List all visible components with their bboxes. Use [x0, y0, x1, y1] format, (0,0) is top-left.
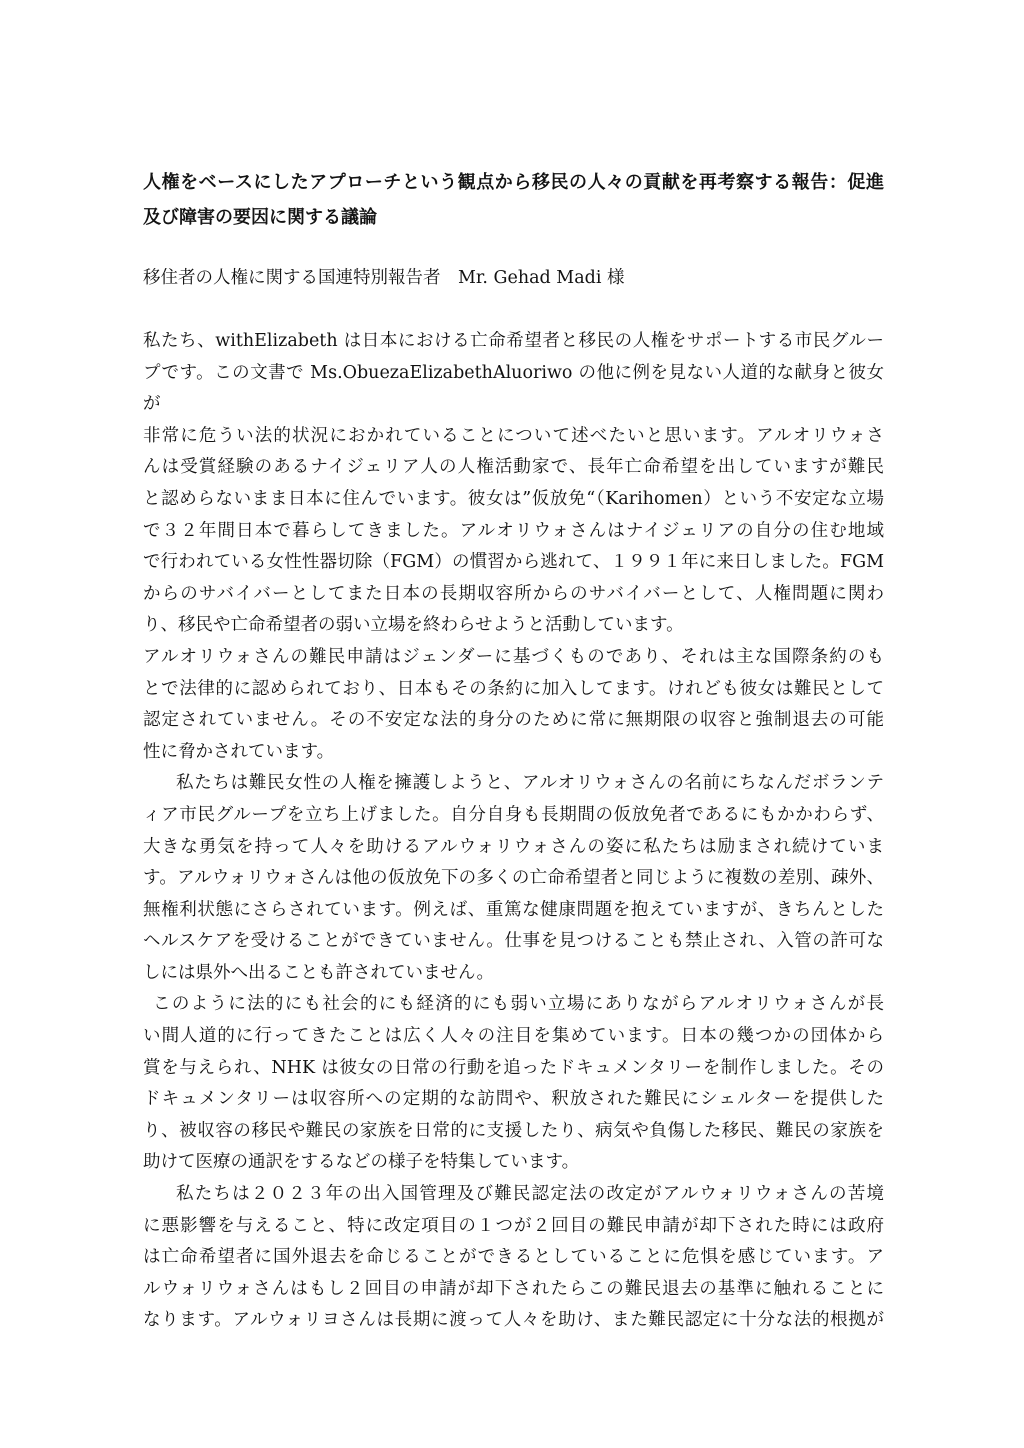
- body-text-line: い間人道的に行ってきたことは広く人々の注目を集めています。日本の幾つかの団体から: [143, 1021, 884, 1053]
- body-text-line: で３２年間日本で暮らしてきました。アルオリウォさんはナイジェリアの自分の住む地域: [143, 516, 884, 548]
- recipient-line: 移住者の人権に関する国連特別報告者 Mr. Gehad Madi 様: [143, 263, 884, 293]
- body-text-line: と認めらないまま日本に住んでいます。彼女は”仮放免“（Karihomen）という…: [143, 484, 884, 516]
- body-text-line: す。アルウォリウォさんは他の仮放免下の多くの亡命希望者と同じように複数の差別、疎…: [143, 863, 884, 895]
- body-text-line: ルウォリウォさんはもし２回目の申請が却下されたらこの難民退去の基準に触れることに: [143, 1274, 884, 1306]
- body-text-line: り、移民や亡命希望者の弱い立場を終わらせようと活動しています。: [143, 610, 884, 642]
- body-text-line: り、被収容の移民や難民の家族を日常的に支援したり、病気や負傷した移民、難民の家族…: [143, 1116, 884, 1148]
- body-text-line: プです。この文書で Ms.ObuezaElizabethAluoriwo の他に…: [143, 358, 884, 421]
- document-body: 私たち、withElizabeth は日本における亡命希望者と移民の人権をサポー…: [143, 326, 884, 1337]
- body-text-line: 性に脅かされています。: [143, 737, 884, 769]
- body-text-line: 非常に危うい法的状況におかれていることについて述べたいと思います。アルオリウォさ: [143, 421, 884, 453]
- document-title-line: 人権をベースにしたアプローチという観点から移民の人々の貢献を再考察する報告：促進: [143, 165, 884, 200]
- body-text-line: 認定されていません。その不安定な法的身分のために常に無期限の収容と強制退去の可能: [143, 705, 884, 737]
- body-text-line: 大きな勇気を持って人々を助けるアルウォリウォさんの姿に私たちは励まされ続けていま: [143, 832, 884, 864]
- body-text-line: 無権利状態にさらされています。例えば、重篤な健康問題を抱えていますが、きちんとし…: [143, 895, 884, 927]
- body-text-line: 賞を与えられ、NHK は彼女の日常の行動を追ったドキュメンタリーを制作しました。…: [143, 1053, 884, 1085]
- body-text-line: このように法的にも社会的にも経済的にも弱い立場にありながらアルオリウォさんが長: [143, 989, 884, 1021]
- body-text-line: に悪影響を与えること、特に改定項目の１つが２回目の難民申請が却下された時には政府: [143, 1211, 884, 1243]
- body-text-line: 私たち、withElizabeth は日本における亡命希望者と移民の人権をサポー…: [143, 326, 884, 358]
- body-text-line: ドキュメンタリーは収容所への定期的な訪問や、釈放された難民にシェルターを提供した: [143, 1084, 884, 1116]
- body-text-line: アルオリウォさんの難民申請はジェンダーに基づくものであり、それは主な国際条約のも: [143, 642, 884, 674]
- body-text-line: 私たちは２０２３年の出入国管理及び難民認定法の改定がアルウォリウォさんの苦境: [143, 1179, 884, 1211]
- body-text-line: ヘルスケアを受けることができていません。仕事を見つけることも禁止され、入管の許可…: [143, 926, 884, 958]
- body-text-line: んは受賞経験のあるナイジェリア人の人権活動家で、長年亡命希望を出していますが難民: [143, 452, 884, 484]
- body-text-line: は亡命希望者に国外退去を命じることができるとしていることに危惧を感じています。ア: [143, 1242, 884, 1274]
- document-page: 人権をベースにしたアプローチという観点から移民の人々の貢献を再考察する報告：促進…: [0, 0, 1024, 1448]
- body-text-line: しには県外へ出ることも許されていません。: [143, 958, 884, 990]
- body-text-line: で行われている女性性器切除（FGM）の慣習から逃れて、１９９１年に来日しました。…: [143, 547, 884, 579]
- body-text-line: ィア市民グループを立ち上げました。自分自身も長期間の仮放免者であるにもかかわらず…: [143, 800, 884, 832]
- body-text-line: とで法律的に認められており、日本もその条約に加入してます。けれども彼女は難民とし…: [143, 674, 884, 706]
- document-title-line: 及び障害の要因に関する議論: [143, 200, 884, 235]
- body-text-line: 私たちは難民女性の人権を擁護しようと、アルオリウォさんの名前にちなんだボランテ: [143, 768, 884, 800]
- body-text-line: からのサバイバーとしてまた日本の長期収容所からのサバイバーとして、人権問題に関わ: [143, 579, 884, 611]
- body-text-line: 助けて医療の通訳をするなどの様子を特集しています。: [143, 1147, 884, 1179]
- body-text-line: なります。アルウォリヨさんは長期に渡って人々を助け、また難民認定に十分な法的根拠…: [143, 1305, 884, 1337]
- document-title: 人権をベースにしたアプローチという観点から移民の人々の貢献を再考察する報告：促進…: [143, 165, 884, 235]
